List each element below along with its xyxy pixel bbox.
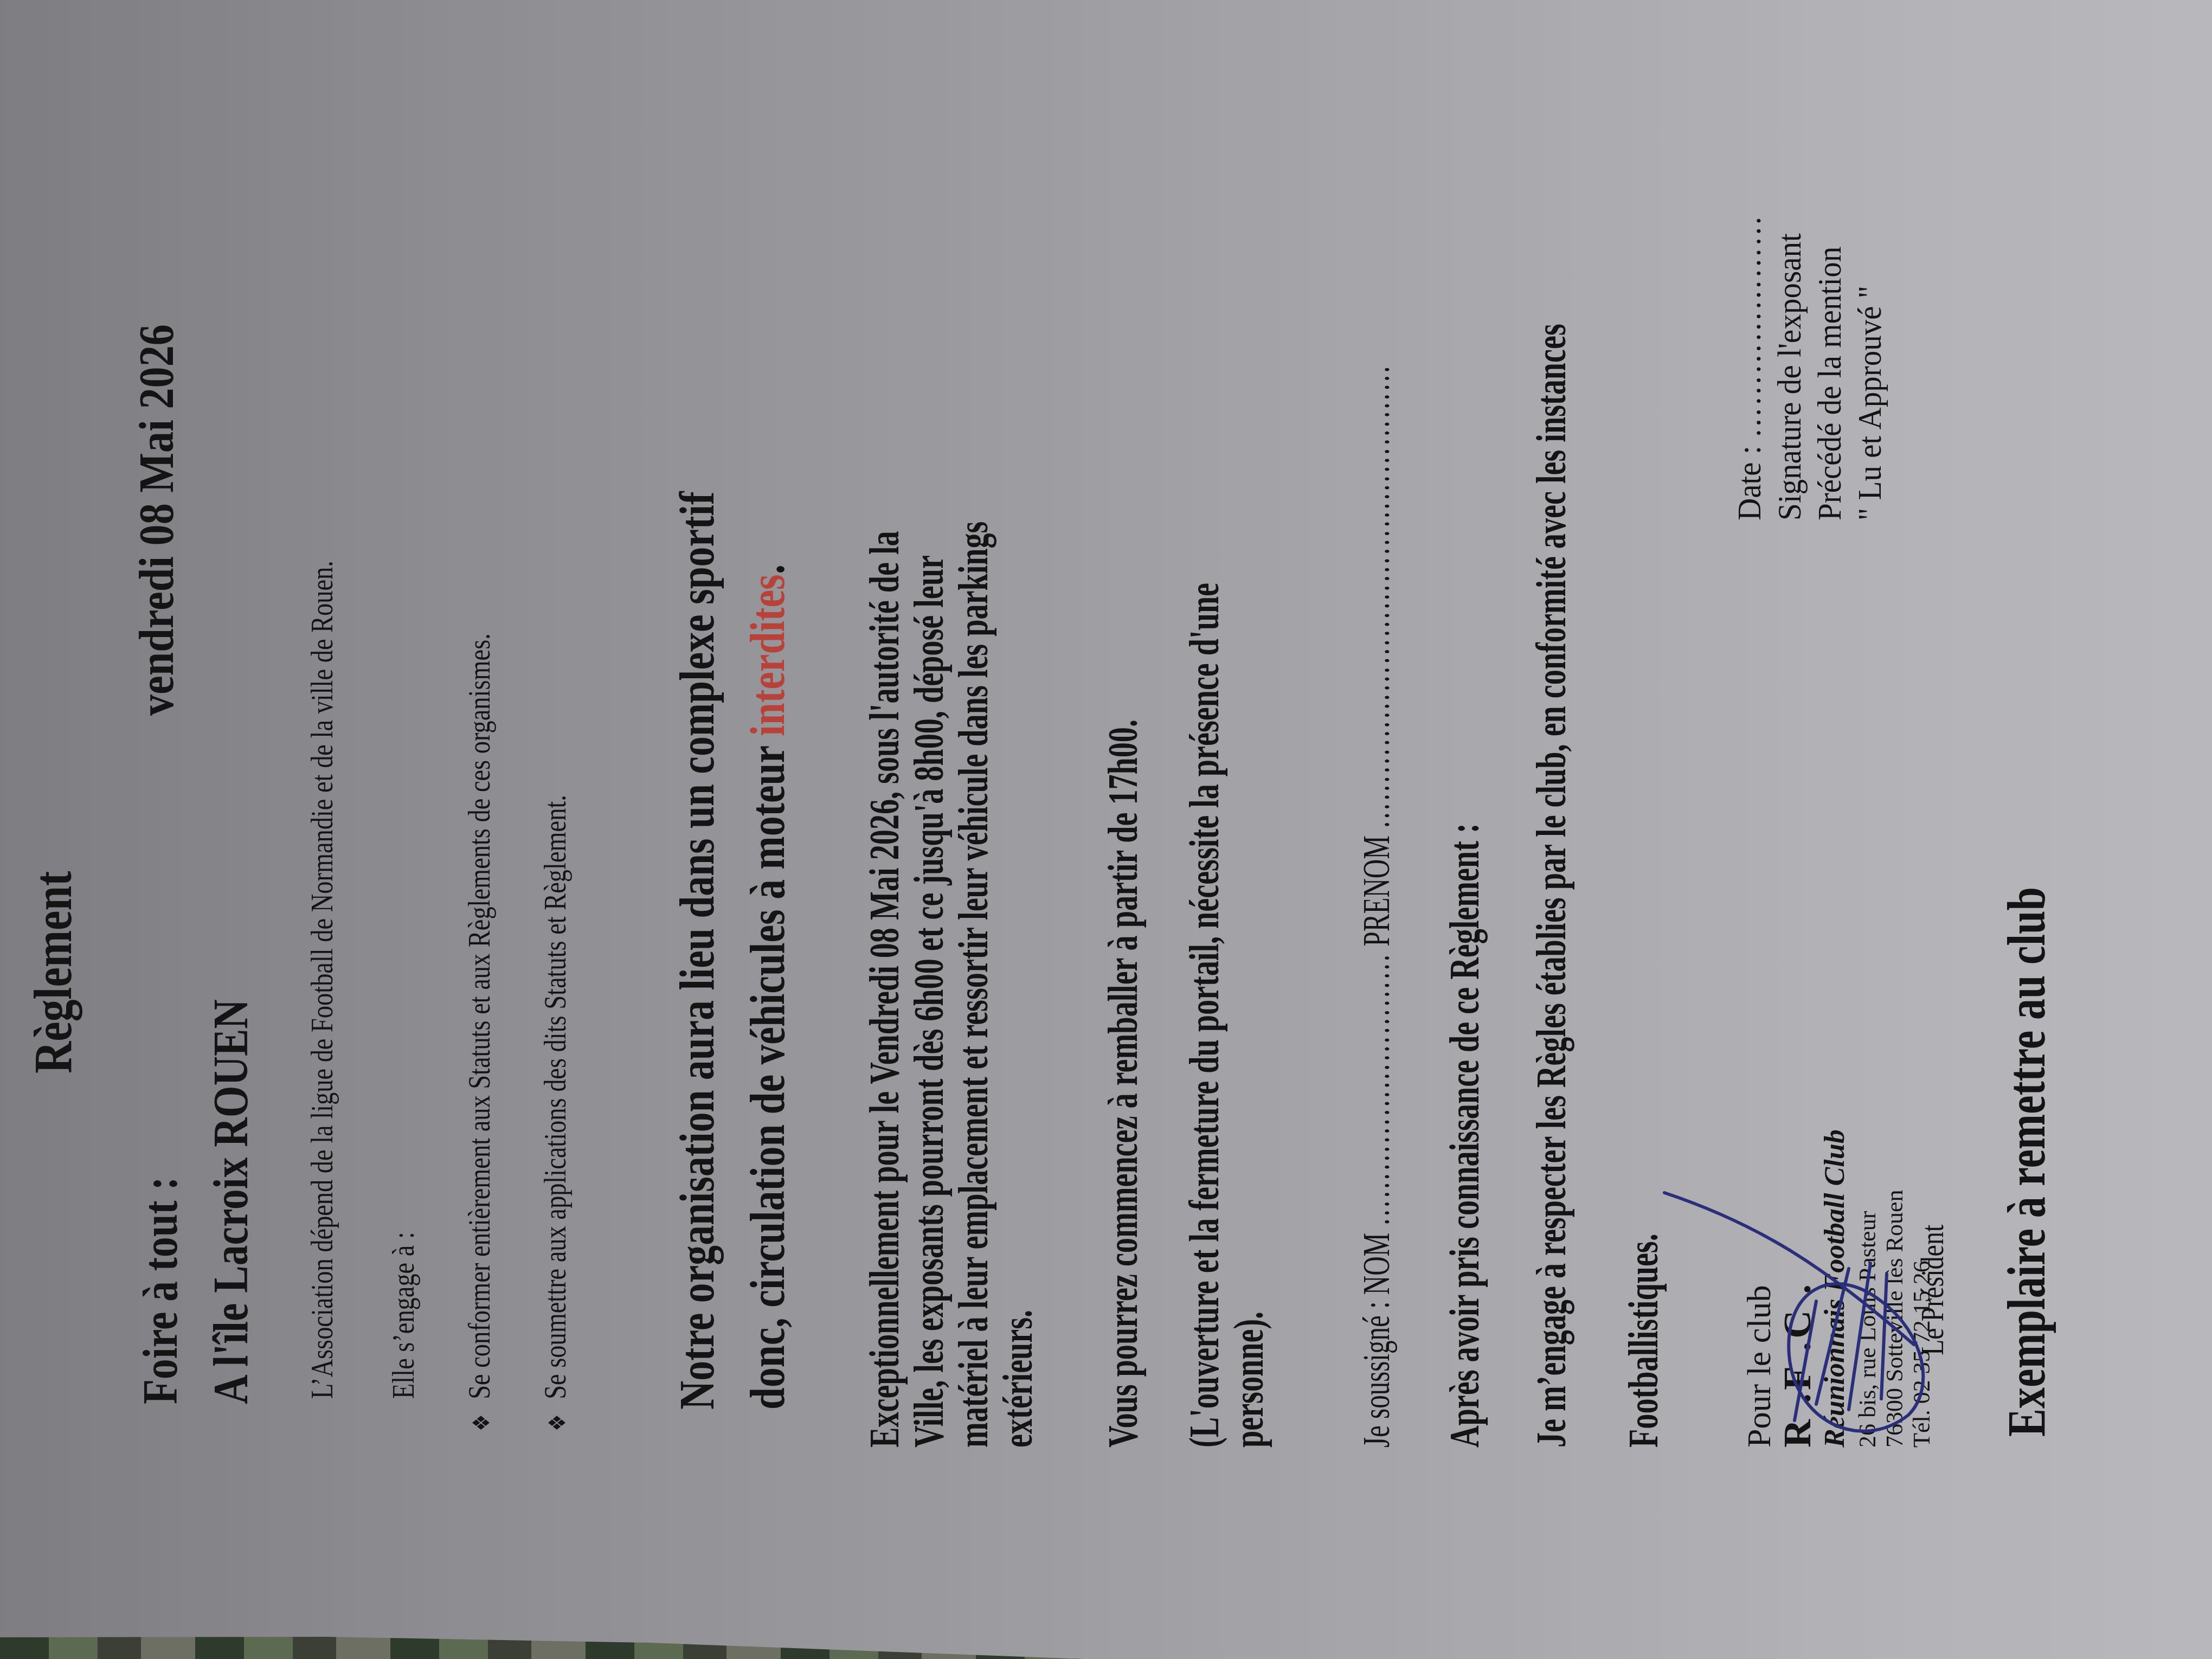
club-name: Réunionnais Football Club [1816, 1129, 1854, 1448]
date-signature-block: Date : ………………… Signature de l'exposant P… [1729, 215, 1890, 520]
club-stamp: Pour le club R .F .C . Réunionnais Footb… [1740, 1129, 1935, 1448]
event-line-1: Foire à tout : [125, 999, 195, 1404]
firstname-input-line[interactable]: …………………………………………… [1356, 364, 1398, 829]
pledge-line: Je m’engage à respecter les Règles établ… [1529, 324, 1573, 1448]
president-label: Le Président [1914, 1225, 1951, 1355]
notice-heading: Notre organisation aura lieu dans un com… [661, 491, 802, 1410]
gate-paragraph: (L'ouverture et la fermeture du portail,… [1182, 583, 1271, 1448]
event-name: Foire à tout : A l'île Lacroix ROUEN [125, 999, 266, 1404]
event-line-2: A l'île Lacroix ROUEN [195, 999, 266, 1404]
signature-line: Précédé de la mention [1810, 215, 1850, 520]
footer-note: Exemplaire à remettre au club [1995, 887, 2057, 1437]
notice-punct: . [740, 564, 795, 574]
event-date: vendredi 08 Mai 2026 [127, 324, 185, 716]
paragraph-line: (L'ouverture et la fermeture du portail,… [1182, 583, 1226, 1448]
paragraph-line: personne). [1226, 583, 1271, 1448]
pledge-line-2: Footballistiques. [1621, 1233, 1666, 1448]
firstname-label: PRENOM [1356, 835, 1398, 946]
signature-line: Signature de l'exposant [1770, 215, 1810, 520]
notice-text: donc, circulation de véhicules à moteur [740, 736, 795, 1410]
engage-intro: Elle s’engage à : [385, 1232, 421, 1399]
name-input-line[interactable]: ………………………… [1356, 953, 1398, 1226]
club-for-label: Pour le club [1740, 1129, 1778, 1448]
exceptional-paragraph: Exceptionnellement pour le Vendredi 08 M… [862, 522, 1040, 1448]
undersigned-field: Je soussigné : NOM ………………………… PRENOM ………… [1355, 364, 1399, 1448]
paragraph-line: Ville, les exposants pourront dès 6h00 e… [906, 522, 951, 1448]
date-label: Date : [1731, 446, 1768, 520]
document-page: Règlement Foire à tout : A l'île Lacroix… [0, 0, 2212, 1659]
name-label: Je soussigné : NOM [1356, 1233, 1398, 1448]
notice-highlight: interdites [740, 574, 795, 736]
notice-line-1: Notre organisation aura lieu dans un com… [661, 491, 732, 1410]
club-address-line: 26 bis, rue Louis Pasteur [1854, 1129, 1881, 1448]
diamond-bullet-icon: ❖ [544, 1411, 571, 1431]
document-title: Règlement [22, 871, 84, 1073]
signature-line: " Lu et Approuvé " [1850, 215, 1890, 520]
club-initials: R .F .C . [1778, 1129, 1816, 1448]
commitment-item: ❖Se soumettre aux applications des dits … [537, 795, 573, 1431]
commitment-text: Se soumettre aux applications des dits S… [537, 795, 573, 1399]
diamond-bullet-icon: ❖ [468, 1411, 496, 1431]
commitment-item: ❖Se conformer entièrement aux Statuts et… [461, 633, 497, 1431]
association-text: L’Association dépend de la ligue de Foot… [304, 561, 340, 1399]
date-input-line[interactable]: ………………… [1731, 215, 1768, 438]
club-address-line: 76300 Sotteville lès Rouen [1881, 1129, 1908, 1448]
pack-up-text: Vous pourrez commencez à remballer à par… [1101, 719, 1145, 1448]
commitment-text: Se conformer entièrement aux Statuts et … [461, 633, 497, 1399]
paragraph-line: matériel à leur emplacement et ressortir… [951, 522, 995, 1448]
paragraph-line: Exceptionnellement pour le Vendredi 08 M… [862, 522, 906, 1448]
notice-line-2: donc, circulation de véhicules à moteur … [732, 491, 802, 1410]
paragraph-line: extérieurs. [995, 522, 1040, 1448]
after-reading-text: Après avoir pris connaissance de ce Règl… [1442, 823, 1487, 1448]
